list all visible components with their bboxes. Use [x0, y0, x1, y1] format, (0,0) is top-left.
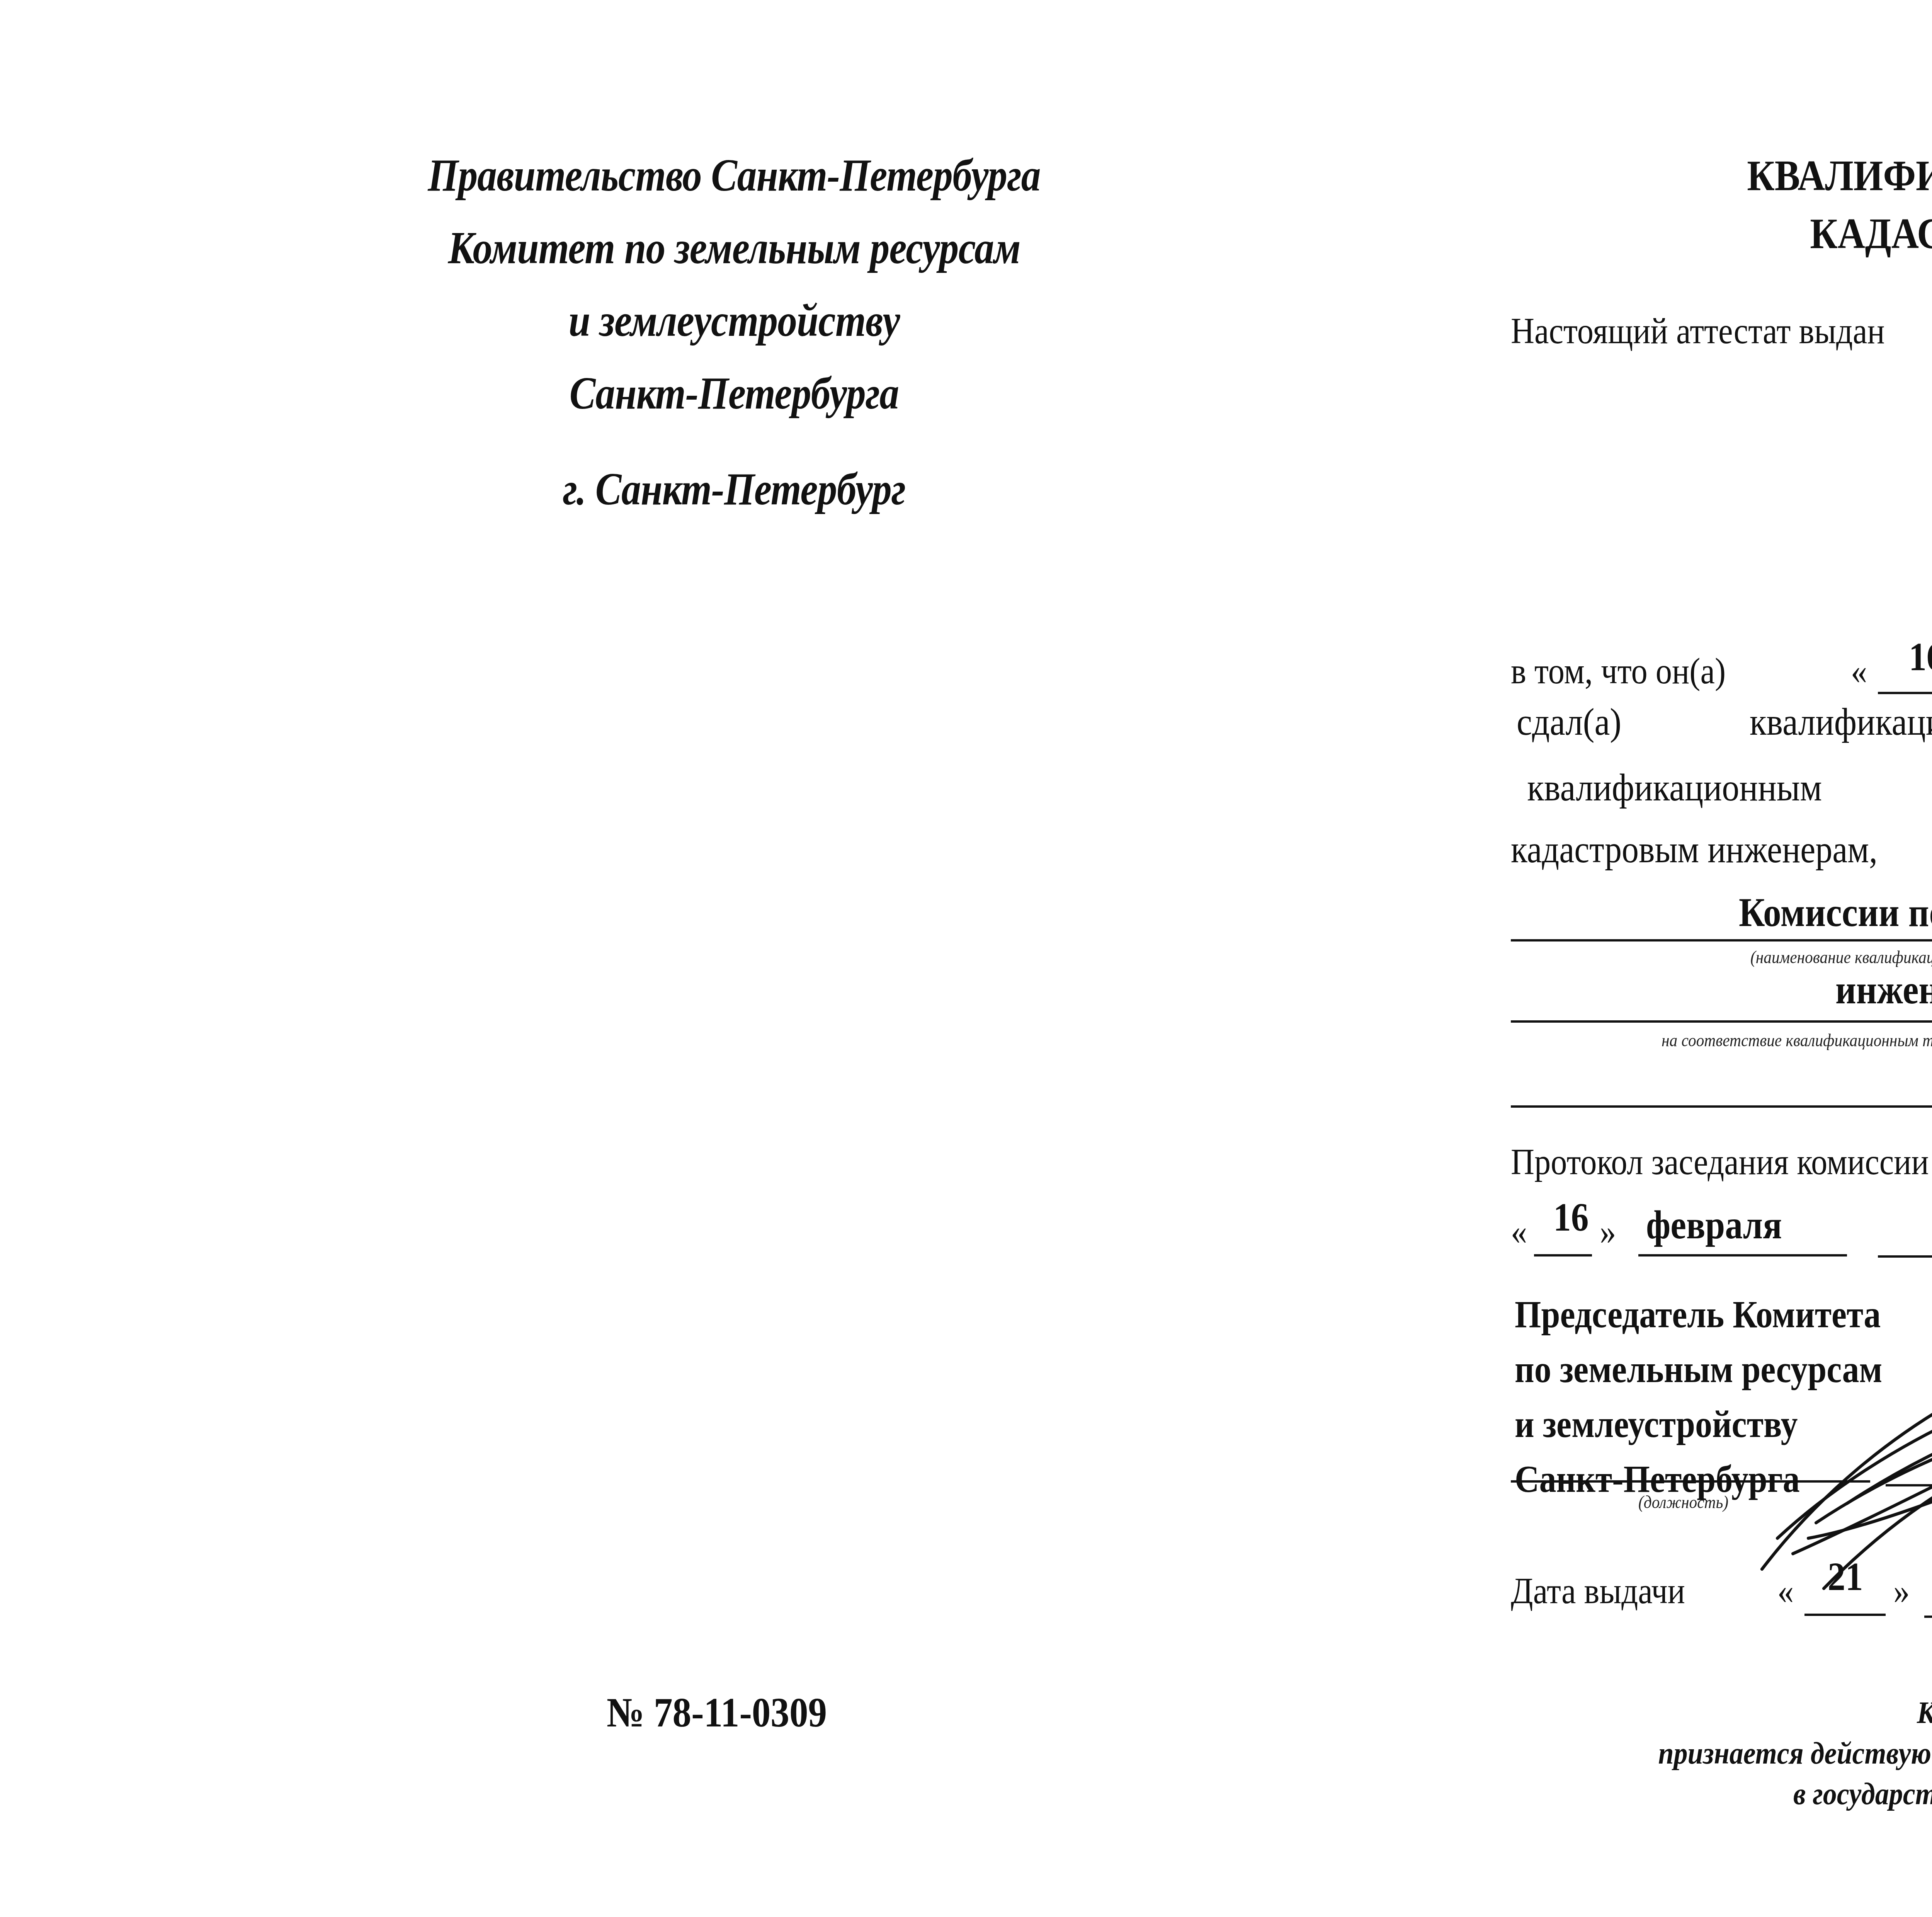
commission-name-line2: инженеров Санкт-Петербурга: [1835, 966, 1932, 1013]
commission-line-2: [1511, 1020, 1932, 1023]
protocol-label: Протокол заседания комиссии от: [1511, 1140, 1932, 1183]
signature-icon: [1747, 1322, 1932, 1592]
exam-text-line: квалификационным требованиям, предъявляе…: [1511, 765, 1932, 810]
quote-open: «: [1851, 649, 1867, 692]
protocol-quote-close: »: [1600, 1210, 1616, 1253]
protocol-day-line: [1534, 1254, 1592, 1256]
exam-intro: в том, что он(а): [1511, 649, 1726, 692]
commission-name-line1: Комиссии по аттестации кадастровых: [1739, 889, 1932, 936]
position-hint: (должность): [1638, 1492, 1728, 1512]
protocol-month-line: [1638, 1254, 1847, 1256]
document-title: КВАЛИФИКАЦИОННЫЙ АТТЕСТАТ КАДАСТРОВОГО И…: [1679, 147, 1932, 263]
commission-hint-1: (наименование квалификационной комиссии …: [1750, 947, 1932, 967]
right-page: КВАЛИФИКАЦИОННЫЙ АТТЕСТАТ КАДАСТРОВОГО И…: [1352, 0, 1932, 1917]
city: г. Санкт-Петербург: [335, 453, 1133, 526]
issue-day-line: [1804, 1614, 1886, 1616]
issue-quote-close: »: [1893, 1569, 1910, 1612]
issue-quote-open: «: [1777, 1569, 1794, 1612]
exam-text-line: кадастровым инженерам,: [1511, 827, 1878, 872]
protocol-month: февраля: [1646, 1202, 1782, 1248]
protocol-day: 16: [1553, 1194, 1589, 1240]
validity-note: Квалификационный аттестат признается дей…: [1575, 1693, 1932, 1815]
exam-text-line: сдал(а) квалификационный экзамен на соот…: [1511, 700, 1932, 744]
protocol-quote-open: «: [1511, 1210, 1527, 1253]
protocol-year-line: [1878, 1255, 1932, 1258]
exam-day-line: [1878, 692, 1932, 694]
authority-line: Правительство Санкт-Петербурга: [335, 139, 1133, 212]
issue-month-line: [1924, 1616, 1932, 1618]
authority-line: и землеустройству: [335, 284, 1133, 357]
issue-date-label: Дата выдачи: [1511, 1569, 1685, 1612]
exam-day: 16: [1909, 634, 1932, 680]
title-line: КАДАСТРОВОГО ИНЖЕНЕРА: [1679, 205, 1932, 263]
commission-line-3: [1511, 1105, 1932, 1108]
issuing-authority: Правительство Санкт-Петербурга Комитет п…: [270, 139, 1198, 526]
title-line: КВАЛИФИКАЦИОННЫЙ АТТЕСТАТ: [1679, 147, 1932, 205]
commission-line-1: [1511, 939, 1932, 941]
issued-to-label: Настоящий аттестат выдан: [1511, 309, 1885, 352]
authority-line: Комитет по земельным ресурсам: [335, 212, 1133, 284]
certificate-number: № 78-11-0309: [607, 1689, 827, 1737]
commission-hint-2: на соответствие квалификационным требова…: [1662, 1030, 1932, 1050]
left-page: Правительство Санкт-Петербурга Комитет п…: [0, 0, 1352, 1917]
issue-day: 21: [1828, 1554, 1863, 1600]
authority-line: Санкт-Петербурга: [335, 357, 1133, 430]
